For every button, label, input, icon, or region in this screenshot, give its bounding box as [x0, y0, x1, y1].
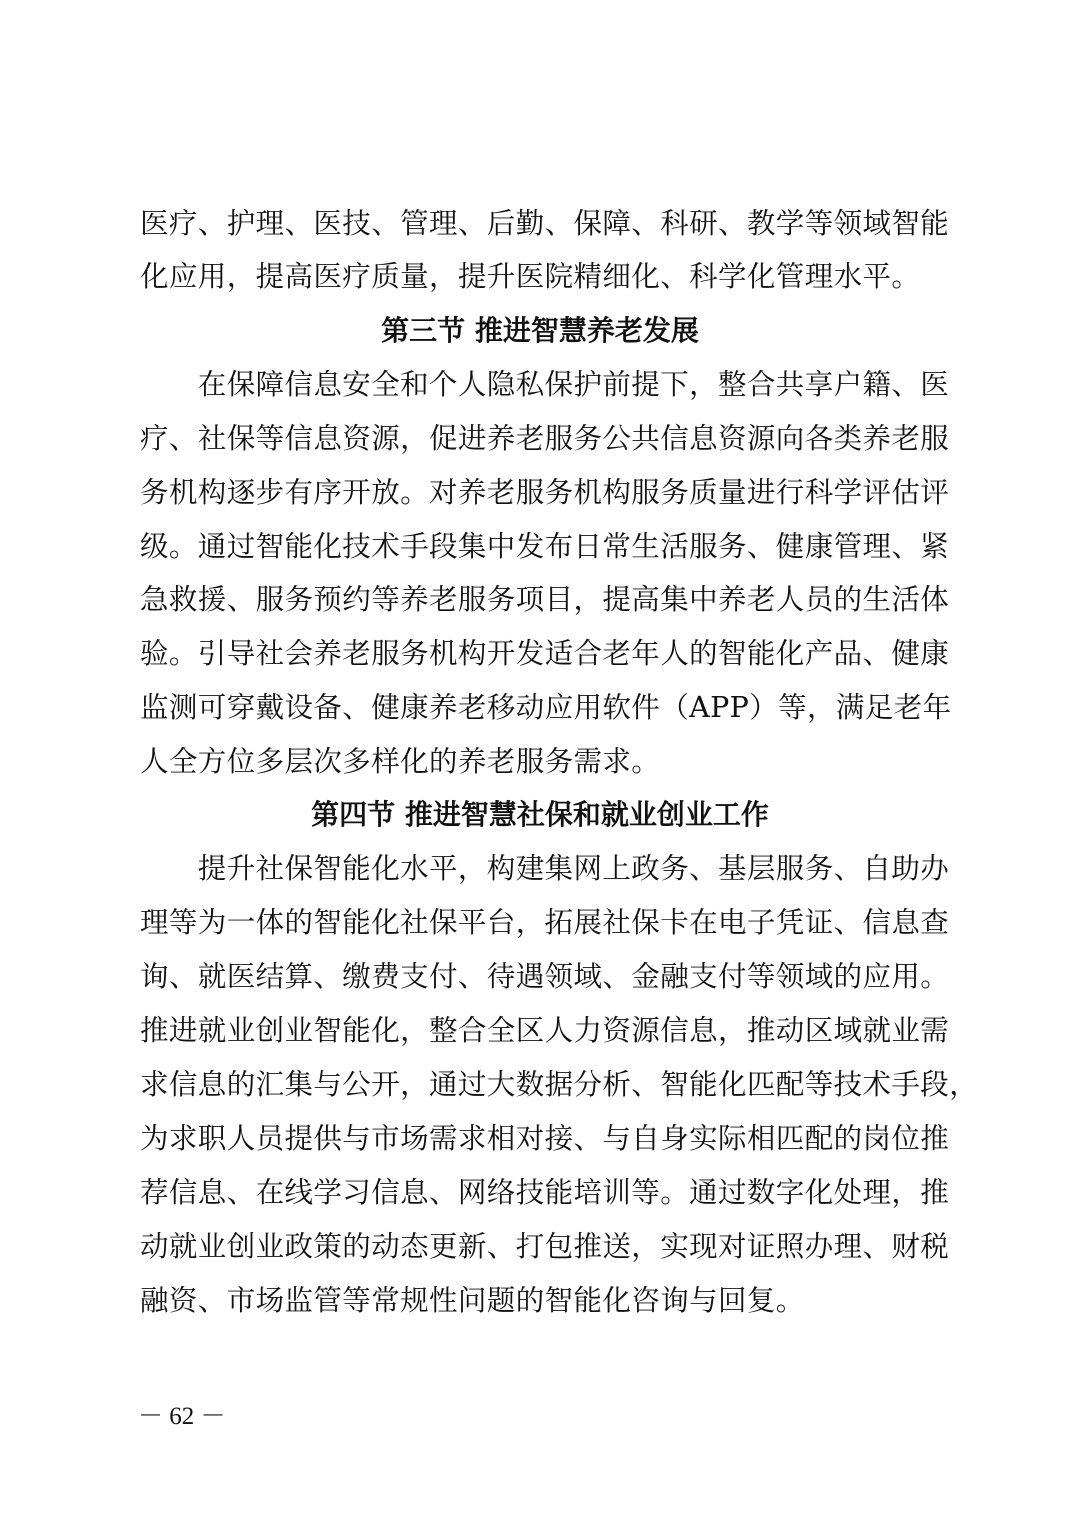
paragraph-line: 人全方位多层次多样化的养老服务需求。	[140, 742, 940, 782]
paragraph-line: 疗、社保等信息资源，促进养老服务公共信息资源向各类养老服	[140, 419, 940, 459]
paragraph-line: 荐信息、在线学习信息、网络技能培训等。通过数字化处理，推	[140, 1173, 940, 1213]
document-page: 医疗、护理、医技、管理、后勤、保障、科研、教学等领域智能 化应用，提高医疗质量，…	[0, 0, 1074, 1520]
paragraph-line: 融资、市场监管等常规性问题的智能化咨询与回复。	[140, 1281, 940, 1321]
section-heading: 第四节 推进智慧社保和就业创业工作	[140, 795, 940, 835]
paragraph-line: 询、就医结算、缴费支付、待遇领域、金融支付等领域的应用。	[140, 957, 940, 997]
section-heading: 第三节 推进智慧养老发展	[140, 311, 940, 351]
paragraph-line: 化应用，提高医疗质量，提升医院精细化、科学化管理水平。	[140, 257, 940, 297]
paragraph-line: 医疗、护理、医技、管理、后勤、保障、科研、教学等领域智能	[140, 204, 940, 244]
paragraph-line: 务机构逐步有序开放。对养老服务机构服务质量进行科学评估评	[140, 473, 940, 513]
paragraph-line: 验。引导社会养老服务机构开发适合老年人的智能化产品、健康	[140, 634, 940, 674]
paragraph-line: 级。通过智能化技术手段集中发布日常生活服务、健康管理、紧	[140, 527, 940, 567]
paragraph-line: 监测可穿戴设备、健康养老移动应用软件（APP）等，满足老年	[140, 688, 940, 728]
paragraph-line: 为求职人员提供与市场需求相对接、与自身实际相匹配的岗位推	[140, 1119, 940, 1159]
paragraph-line: 提升社保智能化水平，构建集网上政务、基层服务、自助办	[140, 849, 940, 889]
paragraph-line: 推进就业创业智能化，整合全区人力资源信息，推动区域就业需	[140, 1011, 940, 1051]
paragraph-line: 在保障信息安全和个人隐私保护前提下，整合共享户籍、医	[140, 365, 940, 405]
paragraph-line: 理等为一体的智能化社保平台，拓展社保卡在电子凭证、信息查	[140, 903, 940, 943]
paragraph-line: 急救援、服务预约等养老服务项目，提高集中养老人员的生活体	[140, 580, 940, 620]
paragraph-line: 求信息的汇集与公开，通过大数据分析、智能化匹配等技术手段，	[140, 1065, 940, 1105]
paragraph-line: 动就业创业政策的动态更新、打包推送，实现对证照办理、财税	[140, 1227, 940, 1267]
page-number: － 62 －	[138, 1400, 226, 1434]
